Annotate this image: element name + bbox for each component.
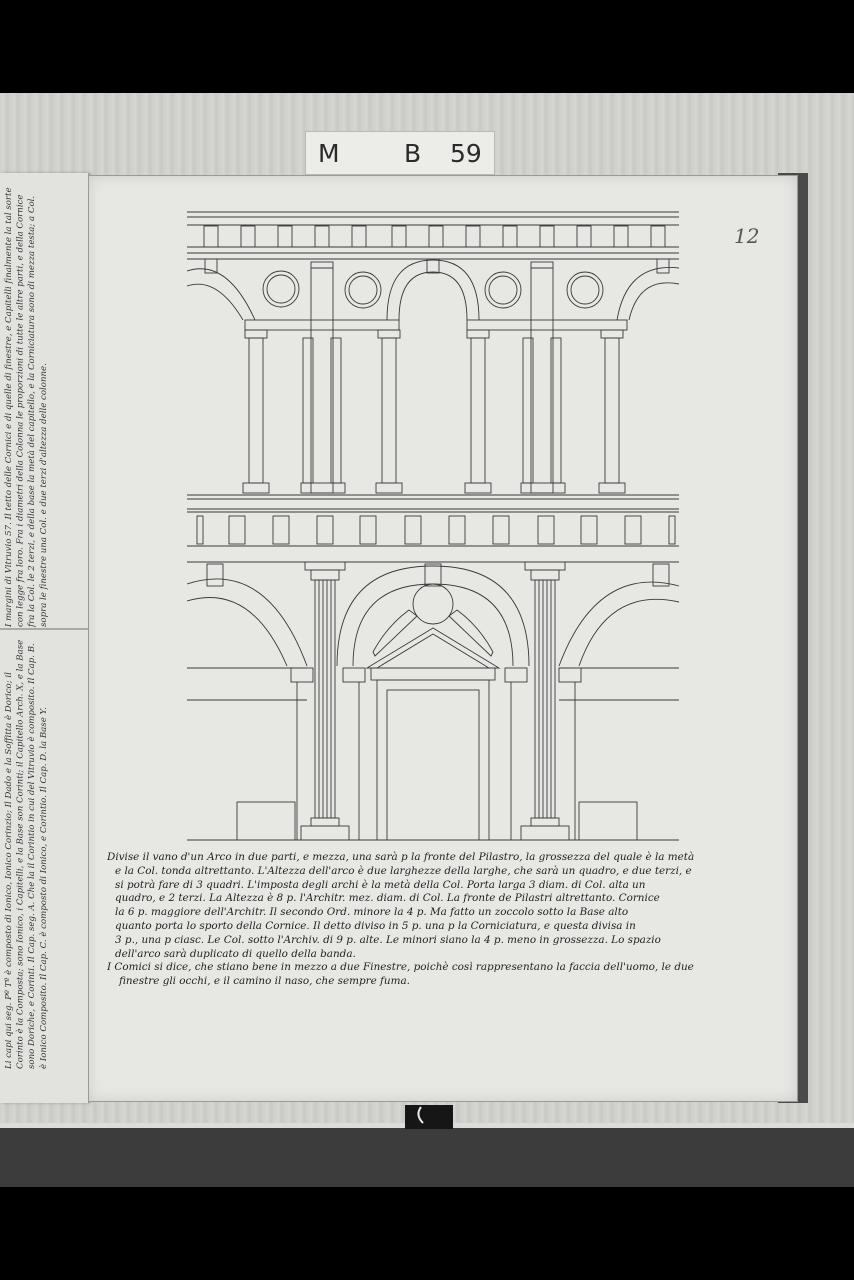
caption-line: quadro, e 2 terzi. La Altezza è 8 p. l'A… bbox=[107, 892, 787, 906]
caption-line: e la Col. tonda altrettanto. L'Altezza d… bbox=[107, 865, 787, 879]
archive-label: M B 59 bbox=[305, 131, 495, 175]
archive-photograph: M B 59 I margini di Vitruvio 57. Il tett… bbox=[0, 93, 854, 1187]
label-part-m: M bbox=[318, 139, 340, 168]
caption-line: quanto porta lo sporto della Cornice. Il… bbox=[107, 920, 787, 934]
margin-note-upper: I margini di Vitruvio 57. Il tetto delle… bbox=[4, 187, 84, 627]
architectural-elevation-drawing bbox=[187, 206, 687, 846]
caption-line: I Comici si dice, che stiano bene in mez… bbox=[107, 961, 787, 975]
margin-note-lower: Li capi qui seg. Pº Tº è composto di Ion… bbox=[4, 639, 84, 1069]
label-part-b: B bbox=[404, 139, 421, 168]
dark-floor bbox=[0, 1128, 854, 1187]
bottom-tab-marker bbox=[405, 1105, 453, 1129]
manuscript-page: 12 bbox=[88, 175, 798, 1102]
sheet-fold bbox=[0, 628, 88, 630]
caption-line: finestre gli occhi, e il camino il naso,… bbox=[107, 975, 787, 989]
caption-line: Divise il vano d'un Arco in due parti, e… bbox=[107, 851, 787, 865]
label-part-number: 59 bbox=[450, 139, 482, 168]
hook-mark-icon bbox=[405, 1105, 453, 1129]
page-number: 12 bbox=[734, 224, 759, 248]
caption-line: 3 p., una p ciasc. Le Col. sotto l'Archi… bbox=[107, 934, 787, 948]
handwritten-caption: Divise il vano d'un Arco in due parti, e… bbox=[107, 851, 787, 989]
caption-line: si potrà fare di 3 quadri. L'imposta deg… bbox=[107, 879, 787, 893]
left-margin-sheet: I margini di Vitruvio 57. Il tetto delle… bbox=[0, 173, 89, 1103]
caption-line: dell'arco sarà duplicato di quello della… bbox=[107, 948, 787, 962]
caption-line: la 6 p. maggiore dell'Architr. Il second… bbox=[107, 906, 787, 920]
